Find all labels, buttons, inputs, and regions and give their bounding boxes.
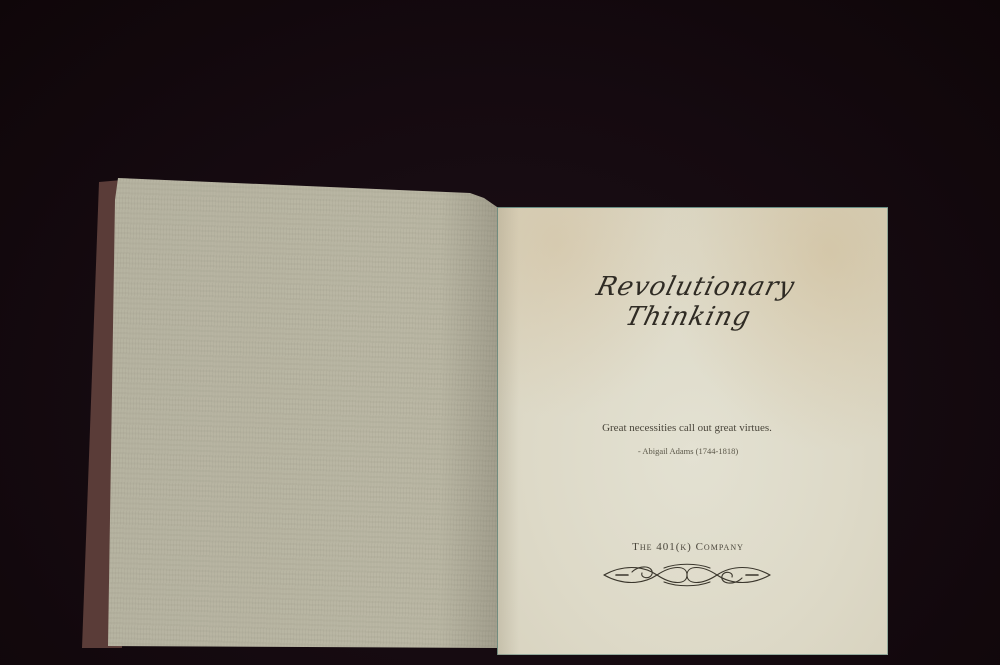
quote-text: Great necessities call out great virtues…: [497, 422, 877, 434]
right-page: Revolutionary Thinking Great necessities…: [497, 207, 888, 655]
photo-scene: Revolutionary Thinking Great necessities…: [0, 0, 1000, 665]
quote-attribution: - Abigail Adams (1744-1818): [497, 446, 879, 456]
company-name: The 401(k) Company: [497, 541, 879, 553]
booklet-title: Revolutionary Thinking: [535, 272, 850, 332]
flourish-ornament-icon: [602, 560, 772, 590]
